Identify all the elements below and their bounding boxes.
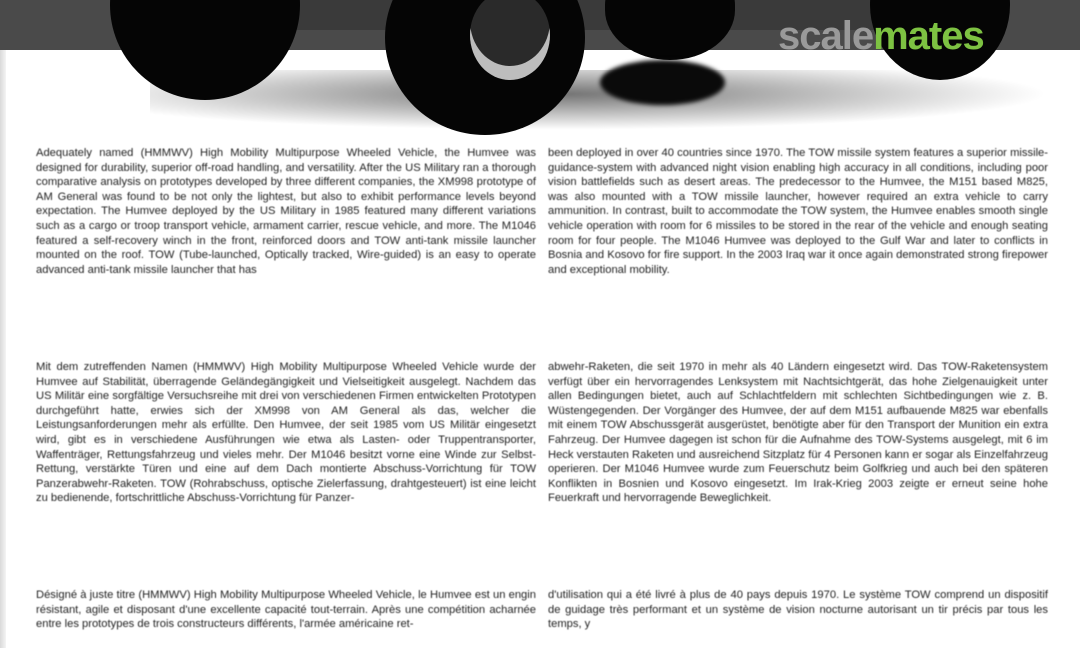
wheel-rear-left <box>605 0 735 60</box>
english-text-left: Adequately named (HMMWV) High Mobility M… <box>36 146 536 277</box>
german-text-left: Mit dem zutreffenden Namen (HMMWV) High … <box>36 360 536 506</box>
scalemates-logo: scalemates <box>778 14 984 58</box>
german-text-right: abwehr-Raketen, die seit 1970 in mehr al… <box>548 360 1048 506</box>
english-text-right: been deployed in over 40 countries since… <box>548 146 1048 277</box>
page-edge <box>0 50 6 648</box>
logo-part-scale: scale <box>778 14 873 58</box>
french-text-right: d'utilisation qui a été livré à plus de … <box>548 588 1048 632</box>
logo-part-mates: mates <box>873 14 984 58</box>
wheel-shadow <box>600 60 725 105</box>
french-text-left: Désigné à juste titre (HMMWV) High Mobil… <box>36 588 536 632</box>
